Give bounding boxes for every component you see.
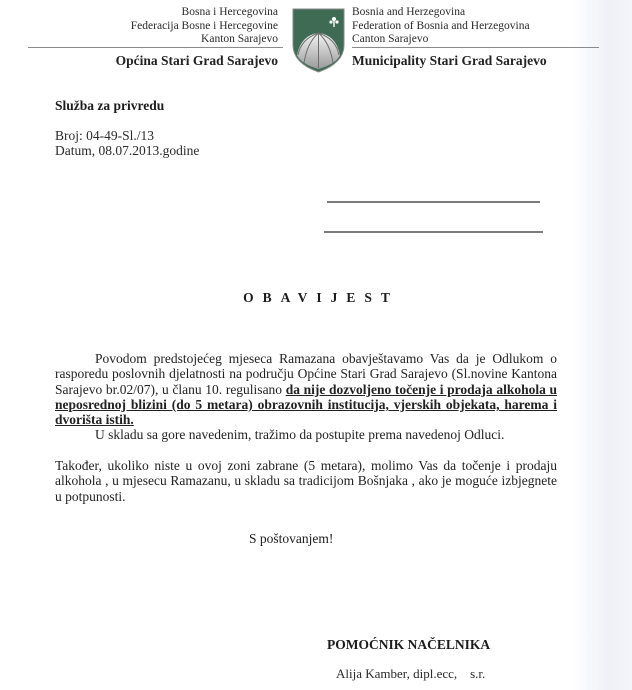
recipient-address-line <box>327 201 540 203</box>
recipient-address-line <box>324 231 543 233</box>
document-title: OBAVIJEST <box>0 290 632 306</box>
letterhead-local: Bosna i Hercegovina Federacija Bosne i H… <box>131 6 278 47</box>
letterhead-line: Bosna i Hercegovina <box>131 6 278 20</box>
letterhead-divider-right <box>352 47 599 48</box>
municipality-name-local: Općina Stari Grad Sarajevo <box>116 53 278 69</box>
paragraph-notice: Povodom predstojećeg mjeseca Ramazana ob… <box>55 351 557 427</box>
letterhead-line: Bosnia and Herzegovina <box>352 6 530 20</box>
signer-title: POMOĆNIK NAČELNIKA <box>327 637 490 653</box>
paragraph-request: U skladu sa gore navedenim, tražimo da p… <box>55 427 557 442</box>
department-name: Služba za privredu <box>55 98 164 114</box>
letterhead-line: Canton Sarajevo <box>352 33 530 47</box>
letterhead-line: Kanton Sarajevo <box>131 33 278 47</box>
closing-salutation: S poštovanjem! <box>249 531 333 547</box>
municipality-name-english: Municipality Stari Grad Sarajevo <box>352 53 547 69</box>
signer-name: Alija Kamber, dipl.ecc, s.r. <box>336 666 485 682</box>
coat-of-arms-icon <box>291 7 346 73</box>
letterhead-divider-left <box>28 47 283 48</box>
reference-block: Broj: 04-49-Sl./13 Datum, 08.07.2013.god… <box>55 128 199 158</box>
paragraph-recommendation: Također, ukoliko niste u ovoj zoni zabra… <box>55 458 557 504</box>
letterhead-english: Bosnia and Herzegovina Federation of Bos… <box>352 6 530 47</box>
scan-edge-shading <box>572 0 632 690</box>
reference-number: Broj: 04-49-Sl./13 <box>55 128 199 143</box>
document-date: Datum, 08.07.2013.godine <box>55 143 199 158</box>
letterhead-line: Federacija Bosne i Hercegovine <box>131 20 278 34</box>
letterhead-line: Federation of Bosnia and Herzegovina <box>352 20 530 34</box>
